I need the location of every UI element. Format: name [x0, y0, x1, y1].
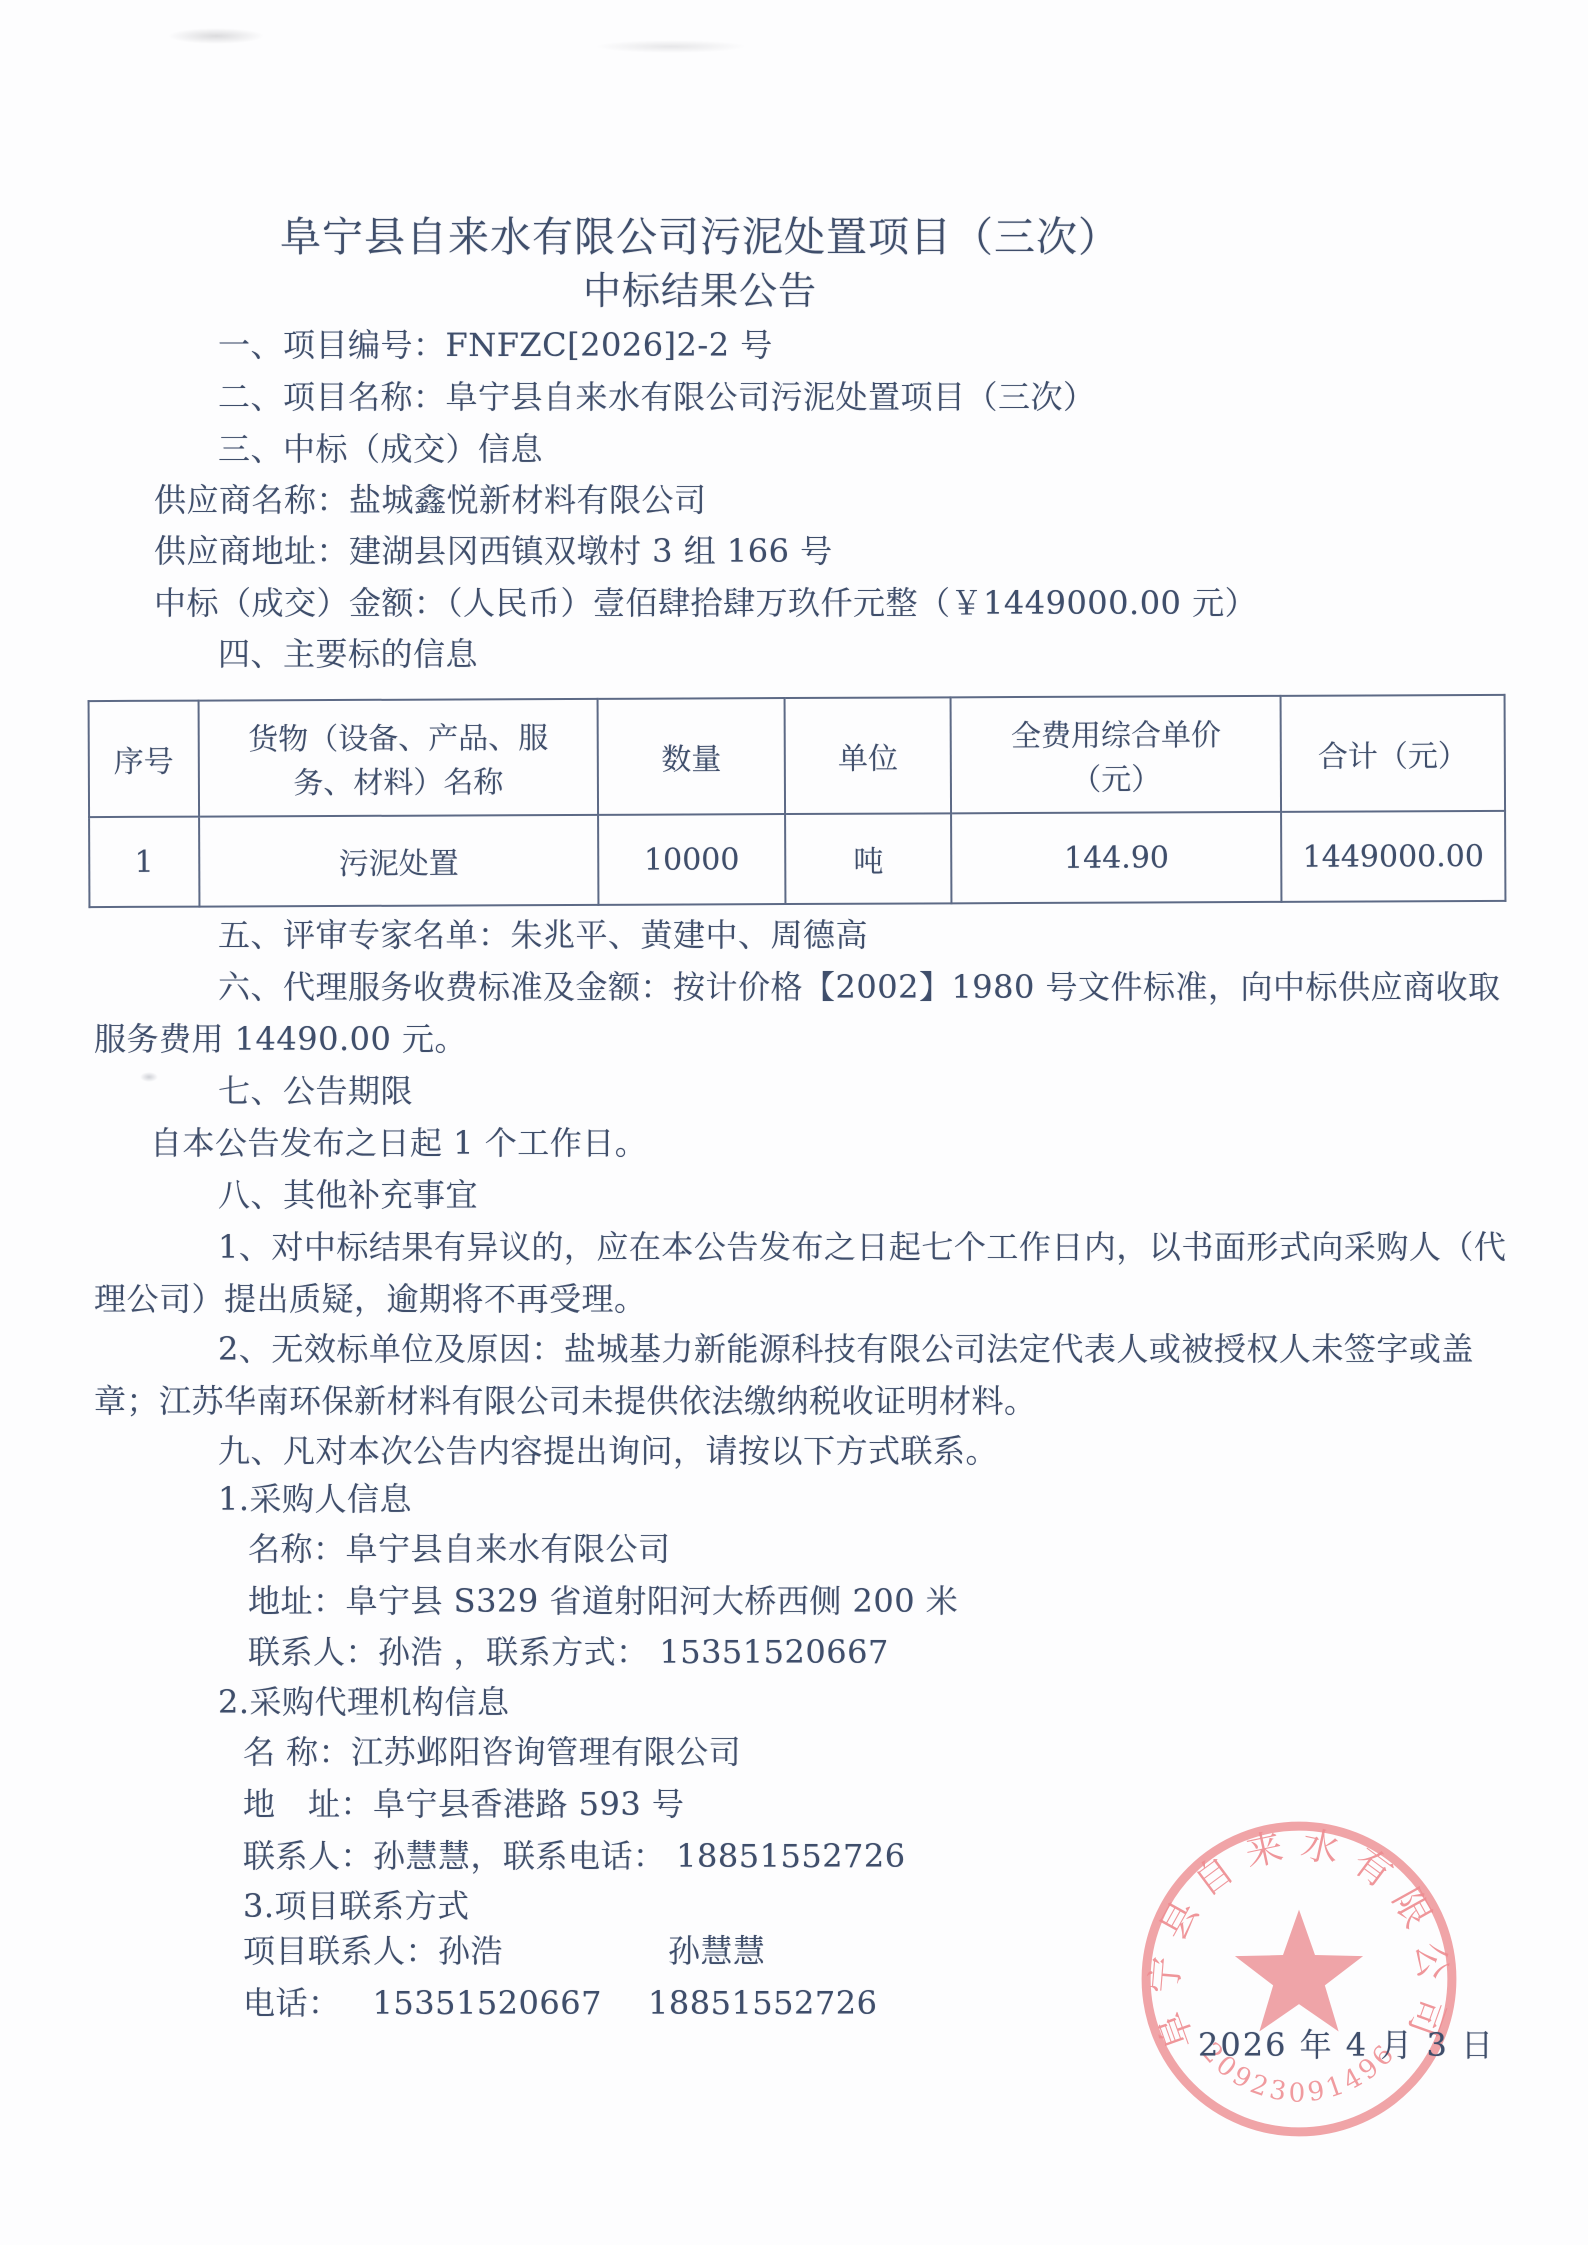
col-header-total: 合计（元）: [1281, 695, 1505, 812]
line-objection-1: 1、对中标结果有异议的，应在本公告发布之日起七个工作日内，以书面形式向采购人（代: [218, 1228, 1506, 1266]
line-notice-period-body: 自本公告发布之日起 1 个工作日。: [150, 1124, 647, 1162]
line-agency-contact: 联系人：孙慧慧，联系电话： 18851552726: [243, 1837, 906, 1875]
line-supplier-name: 供应商名称：盐城鑫悦新材料有限公司: [154, 481, 707, 519]
line-phone-2: 18851552726: [648, 1984, 877, 2022]
line-invalid-bid-2: 章；江苏华南环保新材料有限公司未提供依法缴纳税收证明材料。: [94, 1382, 1037, 1420]
scan-artifact: [168, 28, 264, 44]
line-phone-1: 电话： 15351520667: [243, 1984, 602, 2022]
heading-award-info: 三、中标（成交）信息: [218, 430, 543, 468]
cell-seq: 1: [89, 817, 199, 907]
col-header-goods-name: 货物（设备、产品、服务、材料）名称: [198, 699, 598, 817]
col-header-unit: 单位: [784, 697, 951, 814]
heading-inquiry: 九、凡对本次公告内容提出询问，请按以下方式联系。: [218, 1432, 998, 1470]
line-agency-fee-2: 服务费用 14490.00 元。: [94, 1020, 467, 1058]
line-project-name: 二、项目名称：阜宁县自来水有限公司污泥处置项目（三次）: [218, 378, 1096, 416]
heading-purchaser-info: 1.采购人信息: [218, 1480, 412, 1518]
line-award-amount: 中标（成交）金额：（人民币）壹佰肆拾肆万玖仟元整（￥1449000.00 元）: [154, 584, 1257, 622]
cell-total: 1449000.00: [1281, 811, 1505, 902]
announcement-date: 2026 年 4 月 3 日: [1198, 2020, 1495, 2066]
document-subtitle: 中标结果公告: [0, 260, 1400, 315]
line-invalid-bid-1: 2、无效标单位及原因：盐城基力新能源科技有限公司法定代表人或被授权人未签字或盖: [218, 1330, 1474, 1368]
cell-quantity: 10000: [598, 814, 785, 905]
heading-other-matters: 八、其他补充事宜: [218, 1176, 478, 1214]
scan-artifact: [140, 1072, 158, 1082]
col-header-quantity: 数量: [598, 698, 785, 815]
line-agency-name: 名 称：江苏邺阳咨询管理有限公司: [243, 1733, 741, 1771]
line-objection-2: 理公司）提出质疑，逾期将不再受理。: [94, 1280, 647, 1318]
line-agency-address: 地 址：阜宁县香港路 593 号: [243, 1785, 684, 1823]
heading-subject-info: 四、主要标的信息: [218, 635, 478, 673]
seal-star-icon: [1235, 1910, 1363, 2032]
heading-notice-period: 七、公告期限: [218, 1072, 413, 1110]
company-seal: 阜宁县自来水有限公司 3209230914967: [1126, 1806, 1472, 2152]
document-title: 阜宁县自来水有限公司污泥处置项目（三次）: [0, 204, 1400, 263]
line-agency-fee-1: 六、代理服务收费标准及金额：按计价格【2002】1980 号文件标准，向中标供应…: [218, 968, 1501, 1006]
scanned-announcement-page: 阜宁县自来水有限公司污泥处置项目（三次） 中标结果公告 一、项目编号：FNFZC…: [0, 0, 1588, 2245]
table-header-row: 序号 货物（设备、产品、服务、材料）名称 数量 单位 全费用综合单价（元） 合计…: [89, 695, 1505, 817]
line-project-contact-1: 项目联系人：孙浩: [243, 1932, 503, 1970]
cell-unit: 吨: [785, 813, 952, 904]
cell-unit-price: 144.90: [952, 812, 1282, 903]
line-purchaser-contact: 联系人：孙浩 ，联系方式： 15351520667: [248, 1633, 889, 1671]
line-purchaser-address: 地址：阜宁县 S329 省道射阳河大桥西侧 200 米: [248, 1582, 958, 1620]
col-header-unit-price: 全费用综合单价（元）: [951, 696, 1281, 813]
line-supplier-address: 供应商地址：建湖县冈西镇双墩村 3 组 166 号: [154, 532, 833, 570]
heading-project-contact: 3.项目联系方式: [243, 1887, 470, 1925]
cell-goods-name: 污泥处置: [199, 815, 599, 907]
line-purchaser-name: 名称：阜宁县自来水有限公司: [248, 1530, 671, 1568]
subject-table: 序号 货物（设备、产品、服务、材料）名称 数量 单位 全费用综合单价（元） 合计…: [88, 694, 1507, 908]
table-row: 1 污泥处置 10000 吨 144.90 1449000.00: [89, 811, 1505, 907]
line-project-number: 一、项目编号：FNFZC[2026]2-2 号: [218, 326, 773, 364]
scan-artifact: [596, 40, 746, 53]
heading-agency-info: 2.采购代理机构信息: [218, 1683, 510, 1721]
col-header-seq: 序号: [89, 701, 199, 817]
line-experts: 五、评审专家名单：朱兆平、黄建中、周德高: [218, 916, 868, 954]
line-project-contact-2: 孙慧慧: [668, 1932, 766, 1970]
